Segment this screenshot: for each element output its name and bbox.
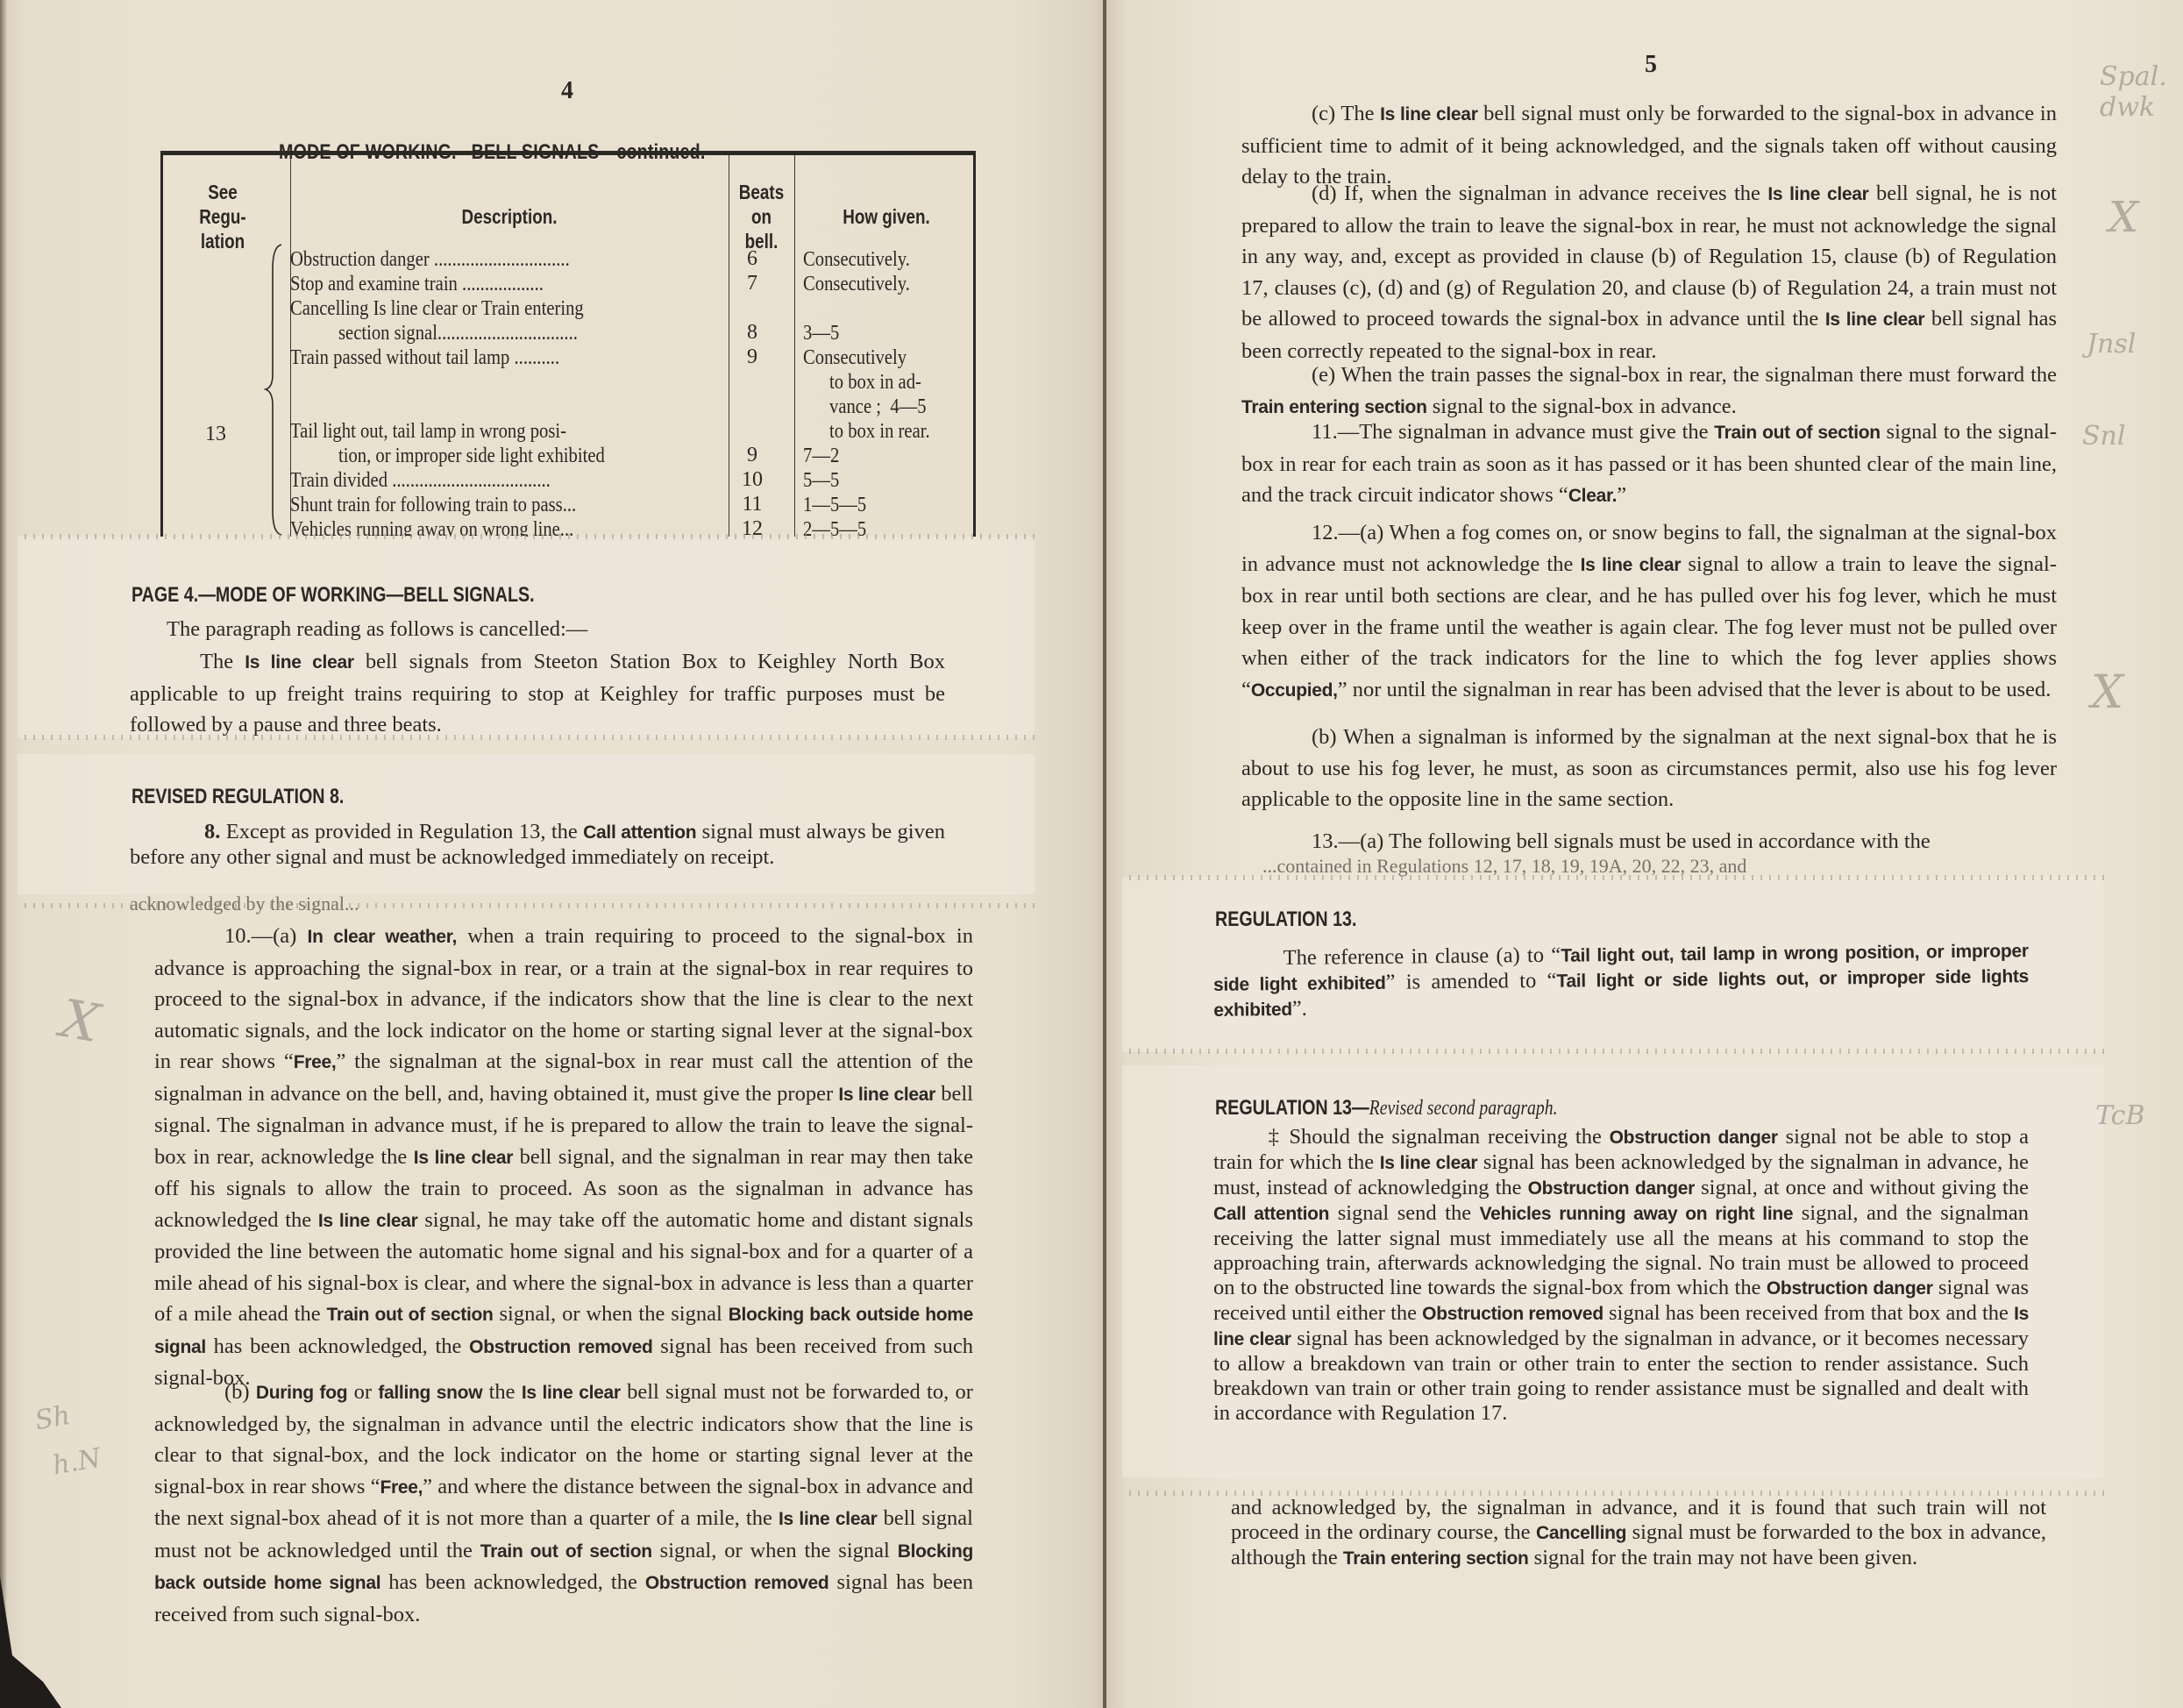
paragraph-cancelling-signal: and acknowledged by, the signalman in ad…	[1231, 1496, 2046, 1571]
how-given-value: 7—2	[803, 444, 839, 468]
regulation-ref: 13	[205, 423, 226, 446]
book-spread: 4 MODE OF WORKING. BELL SIGNALS—continue…	[0, 0, 2183, 1708]
table-row: Train divided ..........................…	[290, 468, 551, 493]
pencil-note: Jnsl	[2087, 329, 2136, 359]
beats-value: 7	[708, 272, 796, 295]
beats-value: 8	[708, 321, 796, 345]
paragraph-regulation-13a: 13.—(a) The following bell signals must …	[1241, 826, 2057, 858]
beats-value: 9	[708, 444, 796, 467]
heading-revised-regulation-8: REVISED REGULATION 8.	[132, 785, 344, 809]
pencil-mark-x: X	[2091, 666, 2123, 719]
book-binding	[1103, 0, 1106, 1708]
header-beats: Beatsonbell.	[735, 180, 789, 253]
how-given-value: 3—5	[803, 321, 839, 345]
how-given-value: 5—5	[803, 468, 839, 493]
page-number-right: 5	[1645, 51, 1657, 79]
paragraph-regulation-12b: (b) When a signalman is informed by the …	[1241, 722, 2057, 815]
paragraph-regulation-12a: 12.—(a) When a fog comes on, or snow beg…	[1241, 517, 2057, 706]
table-row: Stop and examine train .................…	[290, 272, 544, 296]
slip-edge	[1122, 1049, 2104, 1054]
brace-icon	[264, 243, 283, 537]
table-row-continued: section signal..........................…	[338, 321, 578, 345]
left-page-edge	[0, 0, 7, 1708]
how-given-value: to box in ad-	[829, 370, 921, 395]
pencil-note: Spal. dwk	[2100, 61, 2183, 123]
how-given-value: vance ; 4—5	[829, 395, 927, 419]
page-number-left: 4	[561, 77, 573, 105]
heading-regulation-13-revised: REGULATION 13—Revised second paragraph.	[1215, 1096, 1557, 1121]
paragraph-cancelled-intro: The paragraph reading as follows is canc…	[167, 614, 956, 645]
how-given-value: 1—5—5	[803, 493, 866, 517]
bell-signals-table: SeeRegu-lation Description. Beatsonbell.…	[160, 151, 976, 537]
paragraph-regulation-10d: (d) If, when the signalman in advance re…	[1241, 178, 2057, 367]
heading-regulation-13: REGULATION 13.	[1215, 907, 1356, 932]
paragraph-regulation-10b: (b) During fog or falling snow the Is li…	[154, 1377, 973, 1630]
heading-page4-bell-signals: PAGE 4.—MODE OF WORKING—BELL SIGNALS.	[132, 583, 535, 608]
how-given-value: Consecutively.	[803, 272, 910, 296]
header-how-given: How given.	[811, 204, 962, 229]
slip-edge	[18, 903, 1035, 908]
table-row: Cancelling Is line clear or Train enteri…	[290, 296, 584, 321]
pencil-note: Snl	[2082, 421, 2125, 452]
table-row-continued: tion, or improper side light exhibited	[338, 444, 605, 468]
table-row: Train passed without tail lamp .........…	[290, 345, 559, 370]
header-description: Description.	[330, 204, 689, 229]
paragraph-regulation-8: 8. Except as provided in Regulation 13, …	[130, 820, 945, 870]
slip-edge	[18, 534, 1035, 539]
paragraph-regulation-10e: (e) When the train passes the signal-box…	[1241, 359, 2057, 423]
paragraph-regulation-13-amendment: The reference in clause (a) to “Tail lig…	[1213, 938, 2030, 1023]
pencil-note: Sh	[32, 1400, 72, 1436]
slip-edge	[1122, 875, 2104, 880]
table-row: Tail light out, tail lamp in wrong posi-	[290, 419, 566, 444]
beats-value: 9	[708, 345, 796, 369]
beats-value: 11	[708, 493, 796, 516]
how-given-value: to box in rear.	[829, 419, 930, 444]
paragraph-regulation-11: 11.—The signalman in advance must give t…	[1241, 416, 2057, 512]
table-row: Shunt train for following train to pass.…	[290, 493, 576, 517]
paragraph-regulation-10a: 10.—(a) In clear weather, when a train r…	[154, 921, 973, 1394]
how-given-value: Consecutively	[803, 345, 907, 370]
how-given-value: Consecutively.	[803, 247, 910, 272]
paragraph-regulation-13-revised: ‡ Should the signalman receiving the Obs…	[1213, 1125, 2029, 1426]
pencil-note: TcB	[2095, 1100, 2145, 1131]
slip-edge	[18, 735, 1035, 740]
pencil-mark-x: X	[2108, 193, 2138, 242]
header-see-regulation: SeeRegu-lation	[180, 180, 266, 253]
paragraph-steeton-keighley: The Is line clear bell signals from Stee…	[130, 646, 945, 741]
beats-value: 10	[708, 468, 796, 492]
beats-value: 6	[708, 247, 796, 271]
table-row: Obstruction danger .....................…	[290, 247, 570, 272]
